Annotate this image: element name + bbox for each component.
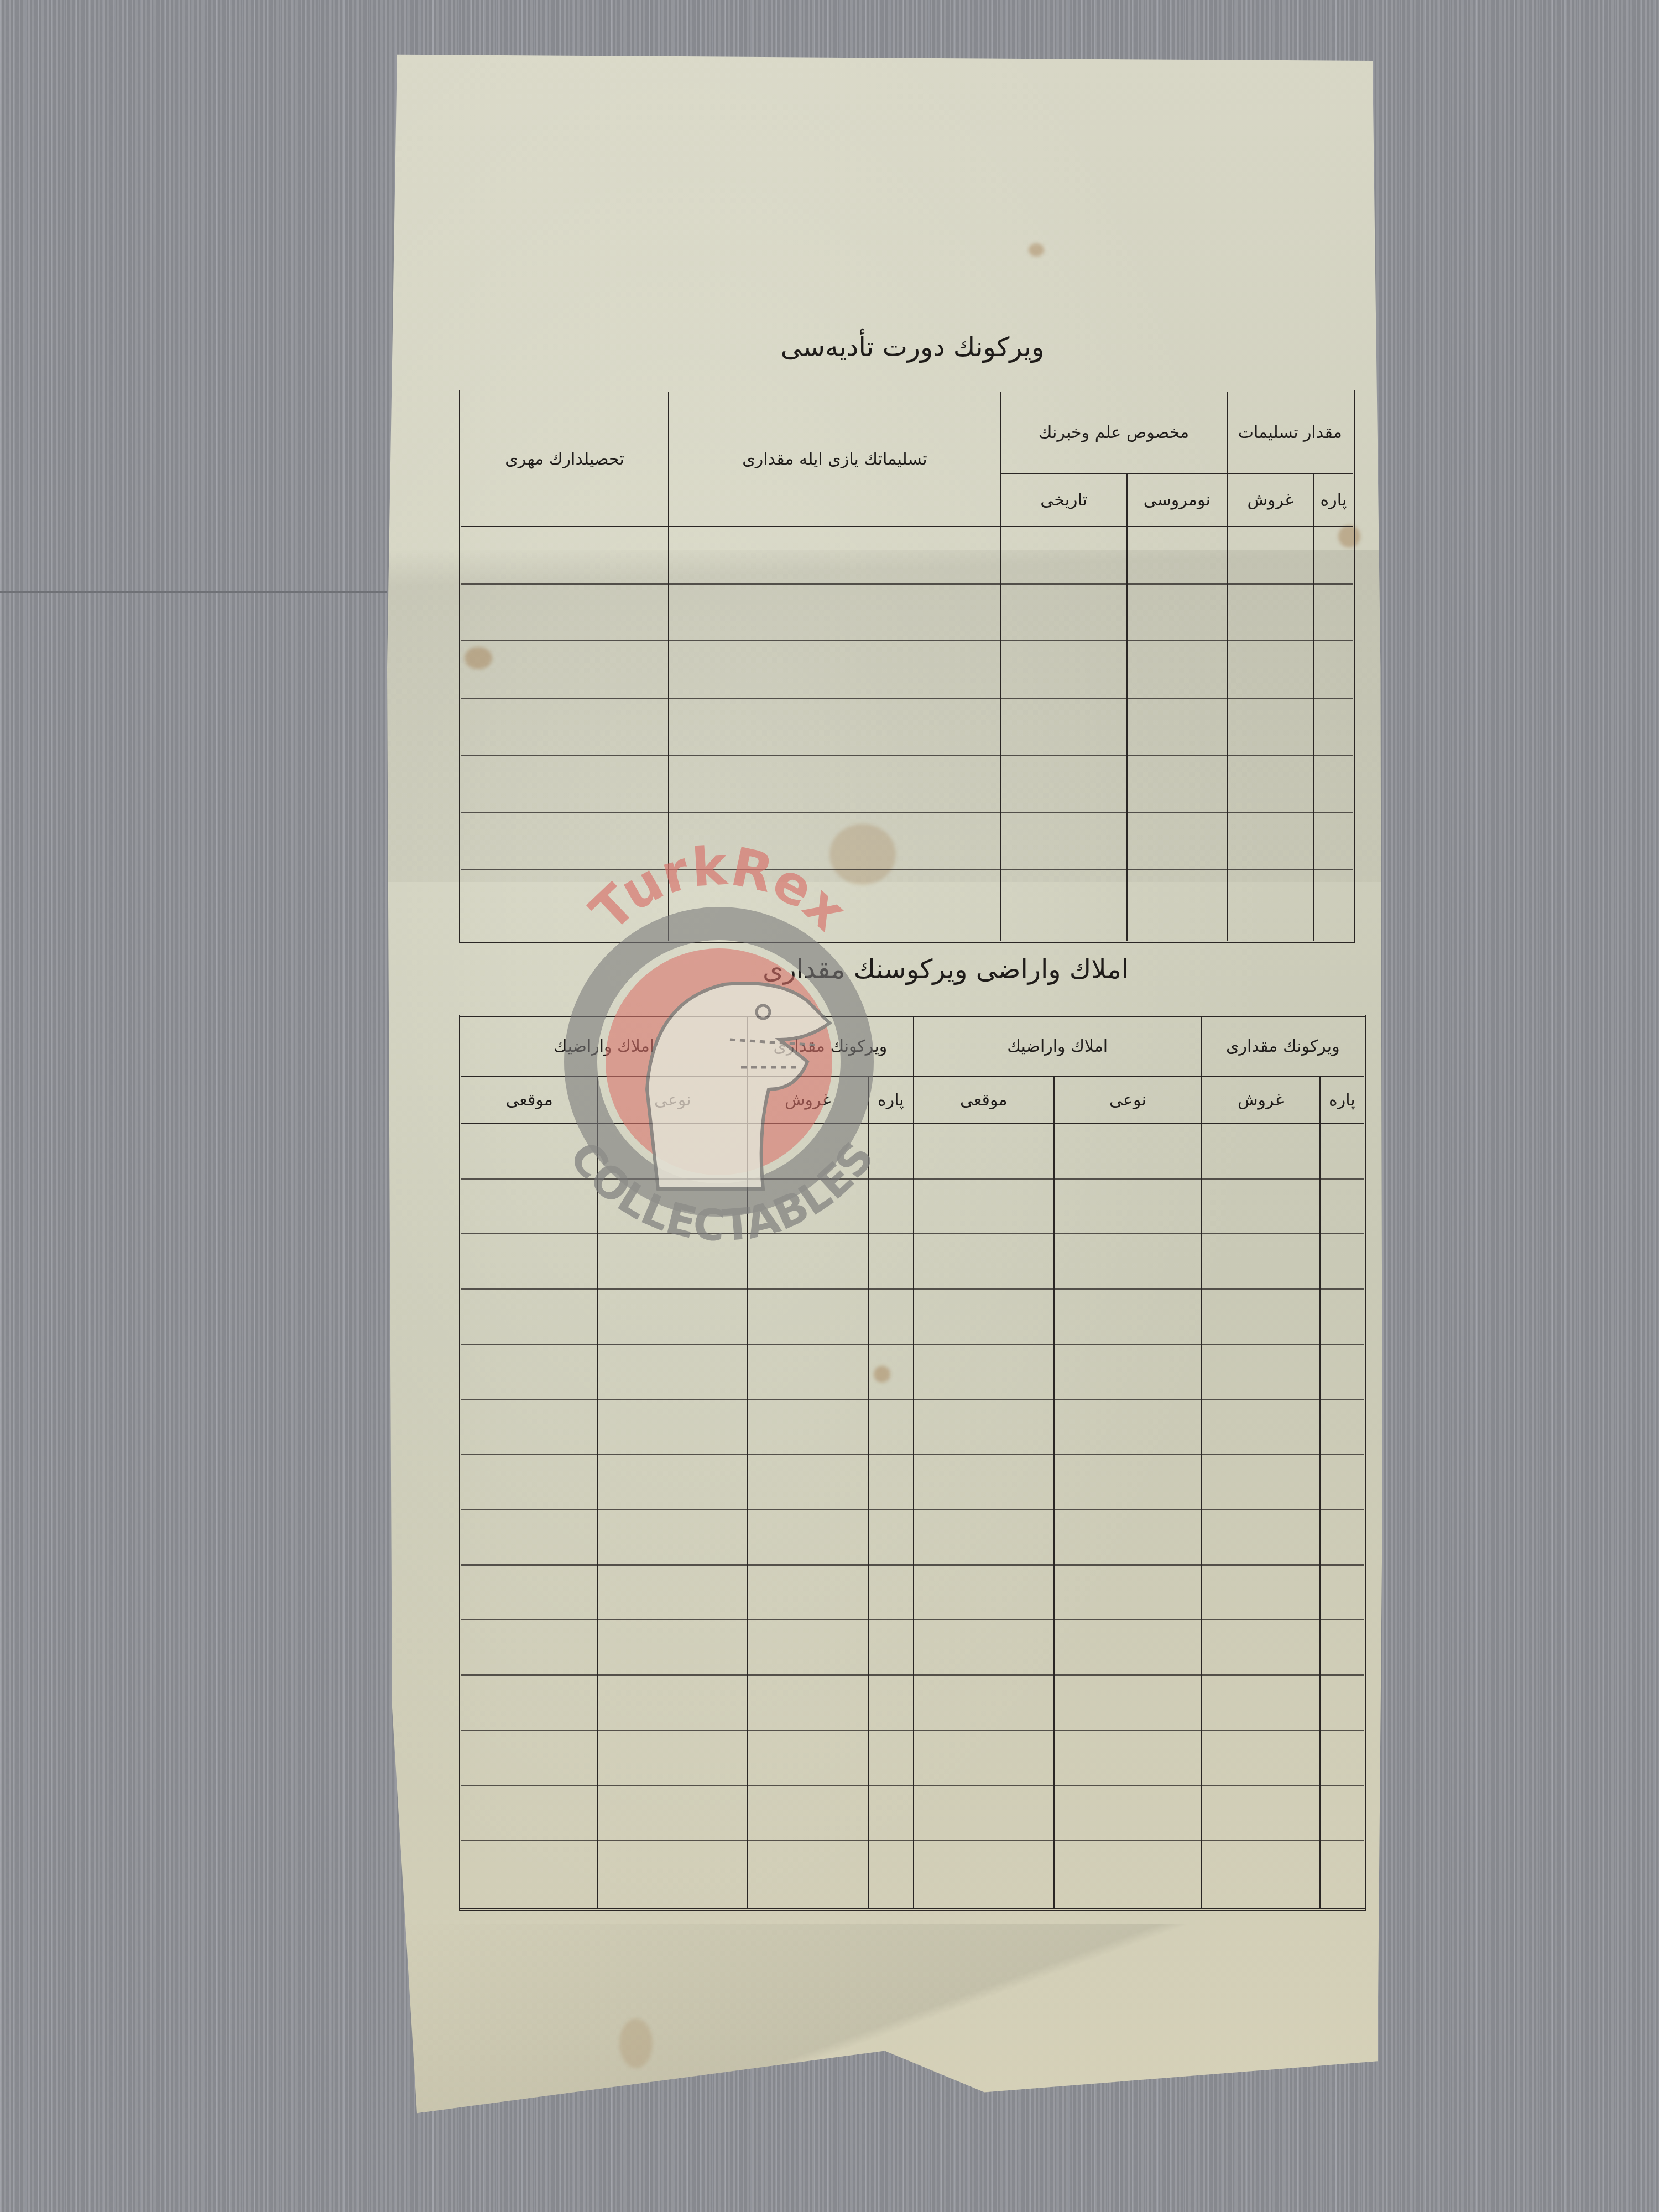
blank-cell (1320, 1840, 1365, 1910)
blank-cell (460, 1179, 598, 1234)
blank-cell (1320, 1234, 1365, 1289)
table-row (460, 813, 1354, 870)
blank-cell (868, 1565, 913, 1620)
table-row (460, 1454, 1365, 1510)
header-collector-seal: تحصیلدارك مهری (460, 391, 669, 526)
blank-cell (1227, 870, 1314, 942)
blank-cell (1202, 1510, 1320, 1565)
stain (619, 2018, 653, 2068)
blank-cell (1127, 584, 1227, 641)
header-para-2: پاره (868, 1077, 913, 1124)
table-row (460, 870, 1354, 942)
property-tax-table: ویرکونك مقداری املاك واراضیك ویرکونك مقد… (459, 1015, 1366, 1911)
blank-cell (460, 1400, 598, 1455)
blank-cell (598, 1124, 747, 1179)
blank-cell (914, 1179, 1055, 1234)
blank-cell (1054, 1179, 1202, 1234)
blank-cell (1054, 1289, 1202, 1344)
payments-table-body (460, 526, 1354, 942)
blank-cell (747, 1124, 868, 1179)
blank-cell (460, 526, 669, 584)
blank-cell (460, 1620, 598, 1675)
blank-cell (1054, 1400, 1202, 1455)
blank-cell (747, 1400, 868, 1455)
blank-cell (868, 1840, 913, 1910)
table-row (460, 1289, 1365, 1344)
table-row (460, 755, 1354, 813)
table-row (460, 1730, 1365, 1786)
blank-cell (914, 1344, 1055, 1400)
blank-cell (747, 1510, 868, 1565)
blank-cell (1054, 1454, 1202, 1510)
header-type: نوعی (1054, 1077, 1202, 1124)
blank-cell (460, 813, 669, 870)
blank-cell (1320, 1675, 1365, 1730)
blank-cell (914, 1124, 1055, 1179)
blank-cell (598, 1565, 747, 1620)
stain (1029, 243, 1044, 257)
blank-cell (1314, 870, 1354, 942)
blank-cell (1202, 1179, 1320, 1234)
blank-cell (747, 1179, 868, 1234)
blank-cell (1320, 1786, 1365, 1841)
blank-cell (868, 1400, 913, 1455)
blank-cell (460, 584, 669, 641)
blank-cell (460, 1675, 598, 1730)
blank-cell (1127, 641, 1227, 698)
blank-cell (1001, 755, 1127, 813)
blank-cell (1001, 698, 1127, 756)
blank-cell (1227, 755, 1314, 813)
blank-cell (747, 1344, 868, 1400)
blank-cell (1202, 1675, 1320, 1730)
blank-cell (1227, 584, 1314, 641)
blank-cell (1320, 1124, 1365, 1179)
blank-cell (598, 1840, 747, 1910)
table-row (460, 1124, 1365, 1179)
blank-cell (1320, 1344, 1365, 1400)
blank-cell (1314, 755, 1354, 813)
blank-cell (1054, 1234, 1202, 1289)
blank-cell (669, 698, 1000, 756)
blank-cell (1054, 1124, 1202, 1179)
table-row (460, 1400, 1365, 1455)
blank-cell (1314, 584, 1354, 641)
blank-cell (1320, 1620, 1365, 1675)
table-row (460, 1565, 1365, 1620)
header-property-land-2: املاك واراضیك (460, 1016, 747, 1077)
blank-cell (914, 1840, 1055, 1910)
blank-cell (868, 1675, 913, 1730)
blank-cell (598, 1289, 747, 1344)
blank-cell (1320, 1400, 1365, 1455)
blank-cell (1314, 526, 1354, 584)
blank-cell (1202, 1344, 1320, 1400)
blank-cell (1202, 1454, 1320, 1510)
blank-cell (747, 1234, 868, 1289)
table-row (460, 1179, 1365, 1234)
blank-cell (1001, 584, 1127, 641)
blank-cell (914, 1675, 1055, 1730)
blank-cell (747, 1786, 868, 1841)
table-row (460, 1840, 1365, 1910)
wood-plank-seam (0, 591, 387, 593)
header-property-land: املاك واراضیك (914, 1016, 1202, 1077)
header-tax-amount: ویرکونك مقداری (1202, 1016, 1365, 1077)
blank-cell (460, 641, 669, 698)
blank-cell (460, 1840, 598, 1910)
table-row (460, 1510, 1365, 1565)
blank-cell (868, 1454, 913, 1510)
blank-cell (460, 755, 669, 813)
blank-cell (1320, 1289, 1365, 1344)
blank-cell (868, 1124, 913, 1179)
section1-title: ویرکونك دورت تأدیه‌سی (719, 332, 1106, 363)
blank-cell (1001, 526, 1127, 584)
blank-cell (1320, 1454, 1365, 1510)
blank-cell (1227, 526, 1314, 584)
blank-cell (1054, 1344, 1202, 1400)
blank-cell (914, 1620, 1055, 1675)
blank-cell (914, 1234, 1055, 1289)
blank-cell (460, 1289, 598, 1344)
table-row (460, 1234, 1365, 1289)
blank-cell (914, 1786, 1055, 1841)
header-type-2: نوعی (598, 1077, 747, 1124)
blank-cell (1202, 1565, 1320, 1620)
blank-cell (914, 1454, 1055, 1510)
blank-cell (747, 1840, 868, 1910)
table-row (460, 526, 1354, 584)
header-receipt-info: مخصوص علم وخبرنك (1001, 391, 1227, 474)
property-tax-table-body (460, 1124, 1365, 1910)
table-row (460, 1675, 1365, 1730)
blank-cell (1227, 813, 1314, 870)
blank-cell (747, 1454, 868, 1510)
table-row (460, 1620, 1365, 1675)
blank-cell (460, 1124, 598, 1179)
blank-cell (1127, 698, 1227, 756)
blank-cell (460, 870, 669, 942)
blank-cell (1320, 1565, 1365, 1620)
blank-cell (1202, 1234, 1320, 1289)
table-row (460, 641, 1354, 698)
blank-cell (1202, 1620, 1320, 1675)
header-para: پاره (1320, 1077, 1365, 1124)
blank-cell (868, 1234, 913, 1289)
blank-cell (1001, 870, 1127, 942)
blank-cell (460, 1344, 598, 1400)
section2-title: املاك واراضی ویرکوسنك مقداری (747, 954, 1145, 985)
blank-cell (1314, 641, 1354, 698)
blank-cell (868, 1620, 913, 1675)
blank-cell (868, 1510, 913, 1565)
blank-cell (460, 1454, 598, 1510)
blank-cell (1001, 641, 1127, 698)
blank-cell (914, 1510, 1055, 1565)
blank-cell (1127, 755, 1227, 813)
blank-cell (598, 1620, 747, 1675)
blank-cell (1320, 1730, 1365, 1786)
blank-cell (669, 584, 1000, 641)
blank-cell (598, 1675, 747, 1730)
blank-cell (1054, 1840, 1202, 1910)
blank-cell (460, 1786, 598, 1841)
header-amount-in-words: تسلیماتك یازی ایله مقداری (669, 391, 1000, 526)
blank-cell (1320, 1510, 1365, 1565)
blank-cell (914, 1289, 1055, 1344)
header-kurus: غروش (1202, 1077, 1320, 1124)
blank-cell (914, 1565, 1055, 1620)
blank-cell (669, 755, 1000, 813)
blank-cell (747, 1620, 868, 1675)
blank-cell (747, 1675, 868, 1730)
blank-cell (1202, 1840, 1320, 1910)
blank-cell (460, 698, 669, 756)
blank-cell (1127, 526, 1227, 584)
blank-cell (460, 1565, 598, 1620)
header-para: پاره (1314, 474, 1354, 526)
blank-cell (1202, 1400, 1320, 1455)
blank-cell (868, 1289, 913, 1344)
header-location-2: موقعی (460, 1077, 598, 1124)
blank-cell (1054, 1510, 1202, 1565)
blank-cell (460, 1234, 598, 1289)
blank-cell (914, 1400, 1055, 1455)
blank-cell (914, 1730, 1055, 1786)
blank-cell (598, 1344, 747, 1400)
blank-cell (1202, 1786, 1320, 1841)
blank-cell (1227, 641, 1314, 698)
payments-table: مقدار تسلیمات مخصوص علم وخبرنك تسلیماتك … (459, 390, 1355, 943)
blank-cell (598, 1454, 747, 1510)
table-row (460, 698, 1354, 756)
blank-cell (868, 1344, 913, 1400)
blank-cell (1127, 870, 1227, 942)
blank-cell (1320, 1179, 1365, 1234)
blank-cell (669, 870, 1000, 942)
blank-cell (868, 1786, 913, 1841)
blank-cell (460, 1510, 598, 1565)
blank-cell (598, 1786, 747, 1841)
table-row (460, 584, 1354, 641)
blank-cell (460, 1730, 598, 1786)
blank-cell (747, 1730, 868, 1786)
header-delivered-amount: مقدار تسلیمات (1227, 391, 1354, 474)
header-number: نومروسی (1127, 474, 1227, 526)
table-row (460, 1786, 1365, 1841)
blank-cell (868, 1179, 913, 1234)
blank-cell (1314, 698, 1354, 756)
blank-cell (598, 1179, 747, 1234)
blank-cell (598, 1730, 747, 1786)
table-row (460, 1344, 1365, 1400)
blank-cell (598, 1234, 747, 1289)
blank-cell (1054, 1675, 1202, 1730)
blank-cell (1227, 698, 1314, 756)
header-kurus-2: غروش (747, 1077, 868, 1124)
header-date: تاریخی (1001, 474, 1127, 526)
blank-cell (747, 1565, 868, 1620)
blank-cell (1202, 1124, 1320, 1179)
blank-cell (669, 813, 1000, 870)
blank-cell (1202, 1289, 1320, 1344)
blank-cell (598, 1400, 747, 1455)
blank-cell (1202, 1730, 1320, 1786)
blank-cell (1314, 813, 1354, 870)
header-kurus: غروش (1227, 474, 1314, 526)
blank-cell (1054, 1565, 1202, 1620)
blank-cell (1001, 813, 1127, 870)
paper-fold (387, 1924, 1383, 2124)
blank-cell (868, 1730, 913, 1786)
blank-cell (1127, 813, 1227, 870)
blank-cell (1054, 1730, 1202, 1786)
blank-cell (598, 1510, 747, 1565)
blank-cell (669, 641, 1000, 698)
blank-cell (669, 526, 1000, 584)
blank-cell (747, 1289, 868, 1344)
blank-cell (1054, 1786, 1202, 1841)
header-tax-amount-2: ویرکونك مقداری (747, 1016, 913, 1077)
header-location: موقعی (914, 1077, 1055, 1124)
blank-cell (1054, 1620, 1202, 1675)
